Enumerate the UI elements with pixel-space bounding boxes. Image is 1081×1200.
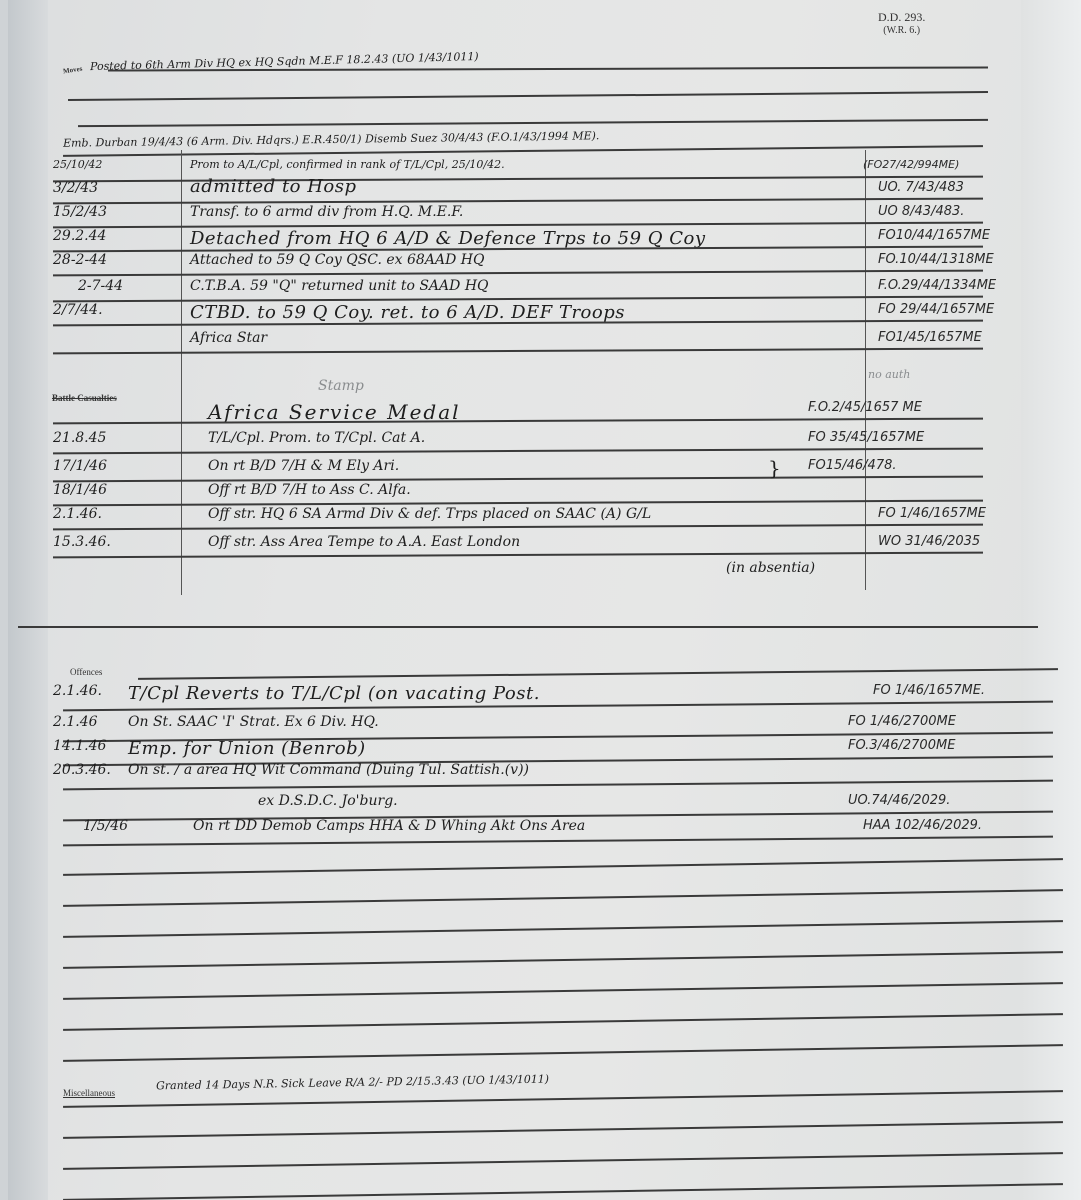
entry-ref: UO. 7/43/483 [878,180,964,195]
ruled-line [63,780,1053,790]
ruled-line [53,222,983,228]
ruled-line [53,524,983,530]
moves-label: Moves [63,65,83,76]
ruled-line [68,91,988,101]
in-absentia-note: (in absentia) [726,560,815,576]
entry-text: Attached to 59 Q Coy QSC. ex 68AAD HQ [190,252,484,268]
entry-text: ex D.S.D.C. Jo'burg. [258,793,398,809]
entry-date: 2.1.46 [53,714,98,730]
entry-ref: FO15/46/478. [808,458,897,473]
ruled-line [63,982,1063,999]
entry-date: 21.8.45 [53,430,106,446]
form-code: D.D. 293. (W.R. 6.) [878,10,925,38]
entry-date: 28-2-44 [53,252,107,268]
entry-date: 15.3.46. [53,534,111,550]
form-code-sub: (W.R. 6.) [878,24,925,38]
ruled-line [53,198,983,204]
entry-ref: FO 1/46/2700ME [848,714,956,729]
ruled-line [53,448,983,454]
entry-ref: FO.3/46/2700ME [848,738,955,753]
ruled-line [63,1013,1063,1030]
entry-ref: FO.10/44/1318ME [878,252,994,267]
entry-text: On st. / a area HQ Wit Command (Duing Tu… [128,762,529,778]
ruled-line [53,500,983,506]
ruled-line [63,836,1053,846]
entry-date: 15/2/43 [53,204,107,220]
entry-ref: WO 31/46/2035 [878,534,980,549]
entry-text: On rt DD Demob Camps HHA & D Whing Akt O… [193,818,585,834]
entry-ref: F.O.2/45/1657 ME [808,400,922,415]
ruled-line [53,476,983,482]
entry-date: 29.2.44 [53,228,106,244]
entry-date: 18/1/46 [53,482,107,498]
embarkation-entry: Emb. Durban 19/4/43 (6 Arm. Div. Hdqrs.)… [63,129,600,149]
entry-text: T/Cpl Reverts to T/L/Cpl (on vacating Po… [128,683,540,704]
entry-text: Off str. Ass Area Tempe to A.A. East Lon… [208,534,520,550]
ruled-line [78,119,988,127]
entry-ref: UO.74/46/2029. [848,793,950,808]
entry-ref: FO 1/46/1657ME [878,506,986,521]
ruled-line [53,418,983,424]
ruled-line [53,348,983,354]
ruled-line [63,889,1063,906]
entry-ref: FO10/44/1657ME [878,228,990,243]
page-right-edge [1021,0,1081,1200]
entry-text: Emp. for Union (Benrob) [128,738,366,759]
entry-date: 20.3.46. [53,762,111,778]
entry-date: 2.1.46. [53,506,102,522]
entry-date: 2.1.46. [53,683,102,699]
entry-date: 25/10/42 [53,158,102,171]
entry-text: C.T.B.A. 59 "Q" returned unit to SAAD HQ [190,278,489,294]
entry-date: 17/1/46 [53,458,107,474]
ruled-line [63,1044,1063,1061]
entry-date: 2-7-44 [78,278,123,294]
service-record-page: D.D. 293. (W.R. 6.) Moves Posted to 6th … [8,0,1081,1200]
faint-ref-note: no auth [868,368,910,381]
ruled-line [63,951,1063,968]
entry-text: Prom to A/L/Cpl, confirmed in rank of T/… [190,158,505,171]
entry-ref: (FO27/42/994ME) [863,158,959,171]
entry-date: 3/2/43 [53,180,98,196]
ruled-line [63,1121,1063,1138]
ruled-line [138,668,1058,679]
entry-ref: F.O.29/44/1334ME [878,278,996,293]
bracket-mark: } [768,456,781,480]
entry-text: CTBD. to 59 Q Coy. ret. to 6 A/D. DEF Tr… [190,302,625,323]
entry-date: 1/5/46 [83,818,128,834]
entry-ref: HAA 102/46/2029. [863,818,982,833]
entry-text: admitted to Hosp [190,176,357,197]
ruled-line [63,1090,1063,1107]
form-code-main: D.D. 293. [878,10,925,24]
ruled-line [53,552,983,558]
ruled-line [53,270,983,276]
battle-casualties-label: Battle Casualties [52,393,117,403]
ruled-line [53,296,983,302]
entry-ref: FO1/45/1657ME [878,330,982,345]
entry-text: Off rt B/D 7/H to Ass C. Alfa. [208,482,411,498]
offences-label: Offences [70,667,102,677]
entry-text: On St. SAAC 'I' Strat. Ex 6 Div. HQ. [128,714,379,730]
entry-text: Transf. to 6 armd div from H.Q. M.E.F. [190,204,463,220]
ruled-line [63,1183,1063,1200]
ruled-line [63,920,1063,937]
entry-text: On rt B/D 7/H & M Ely Ari. [208,458,399,474]
ruled-line [63,858,1063,875]
page-fold-shadow [8,0,48,1200]
entry-text: Off str. HQ 6 SA Armd Div & def. Trps pl… [208,506,651,522]
entry-ref: FO 1/46/1657ME. [873,683,985,698]
section-divider [18,626,1038,628]
miscellaneous-entry: Granted 14 Days N.R. Sick Leave R/A 2/- … [156,1073,549,1093]
entry-text: Detached from HQ 6 A/D & Defence Trps to… [190,228,706,249]
entry-ref: FO 29/44/1657ME [878,302,994,317]
entry-date: 2/7/44. [53,302,103,318]
miscellaneous-label: Miscellaneous [63,1088,115,1098]
entry-ref: UO 8/43/483. [878,204,964,219]
entry-text: T/L/Cpl. Prom. to T/Cpl. Cat A. [208,430,425,446]
entry-text: Africa Star [190,330,267,346]
faint-stamp-note: Stamp [318,378,364,394]
entry-date: 14.1.46 [53,738,106,754]
entry-ref: FO 35/45/1657ME [808,430,924,445]
ruled-line [63,1152,1063,1169]
